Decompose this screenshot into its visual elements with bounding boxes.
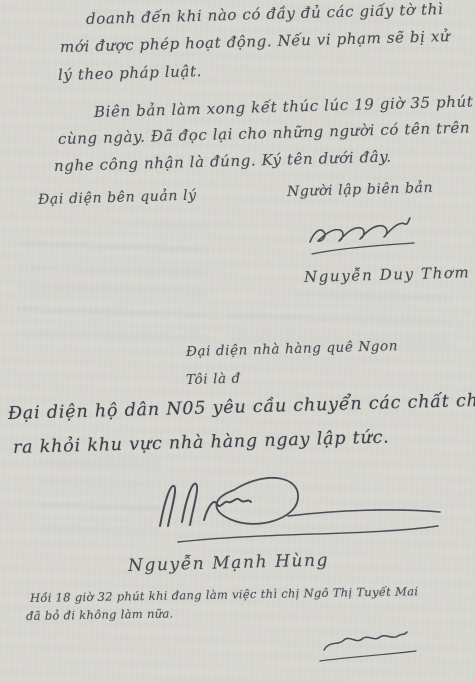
residents-statement-line-2: ra khỏi khu vực nhà hàng ngay lập tức.	[13, 427, 390, 458]
regulation-line-2: mới được phép hoạt động. Nếu vi phạm sẽ …	[60, 27, 451, 56]
resident-signatory-name: Nguyễn Mạnh Hùng	[128, 550, 330, 576]
recorder-signature-scribble	[300, 212, 422, 264]
closing-line-3: nghe công nhận là đúng. Ký tên dưới đây.	[54, 148, 392, 175]
ink-bleed-ghost	[18, 225, 208, 340]
signer-role-right-label: Người lập biên bản	[287, 180, 434, 200]
handwritten-document-page: doanh đến khi nào có đầy đủ các giấy tờ …	[0, 0, 475, 682]
resident-signature-scribble	[138, 468, 450, 552]
restaurant-rep-label: Đại diện nhà hàng quê Ngon	[186, 338, 398, 360]
footnote-line-2: đã bỏ đi không làm nữa.	[26, 606, 174, 623]
footnote-line-1: Hồi 18 giờ 32 phút khi đang làm việc thì…	[30, 584, 419, 605]
closing-line-1: Biên bản làm xong kết thúc lúc 19 giờ 35…	[94, 92, 474, 121]
restaurant-rep-unfinished-line: Tôi là đ	[186, 370, 241, 388]
regulation-line-1: doanh đến khi nào có đầy đủ các giấy tờ …	[86, 0, 444, 28]
closing-line-2: cùng ngày. Đã đọc lại cho những người có…	[58, 118, 471, 148]
footnote-signature-scribble	[312, 628, 426, 670]
regulation-line-3: lý theo pháp luật.	[58, 62, 202, 84]
residents-statement-line-1: Đại diện hộ dân N05 yêu cầu chuyển các c…	[8, 389, 475, 424]
signer-role-left-label: Đại diện bên quản lý	[38, 188, 197, 208]
recorder-signatory-name: Nguyễn Duy Thơm	[304, 263, 471, 286]
ink-bleed-ghost	[230, 295, 450, 345]
